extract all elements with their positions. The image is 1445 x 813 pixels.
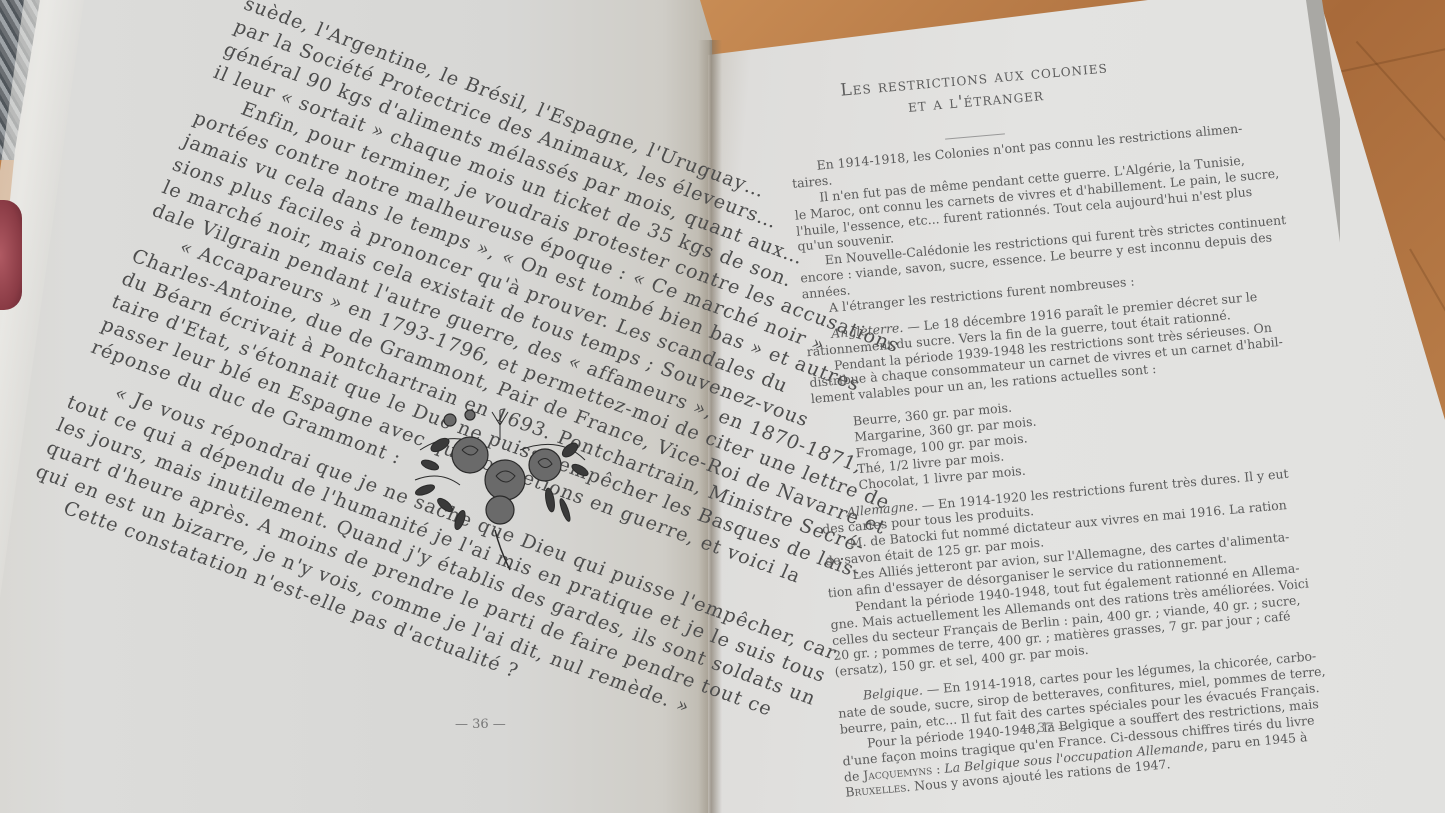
- floral-ornament-icon: [400, 390, 600, 575]
- page-number-37: — 37 —: [1020, 721, 1071, 736]
- floor-seam: [1331, 48, 1445, 75]
- thumb: [0, 200, 22, 310]
- right-page-body: En 1914-1918, les Colonies n'ont pas con…: [790, 117, 1333, 800]
- page-number-36: — 36 —: [455, 717, 506, 732]
